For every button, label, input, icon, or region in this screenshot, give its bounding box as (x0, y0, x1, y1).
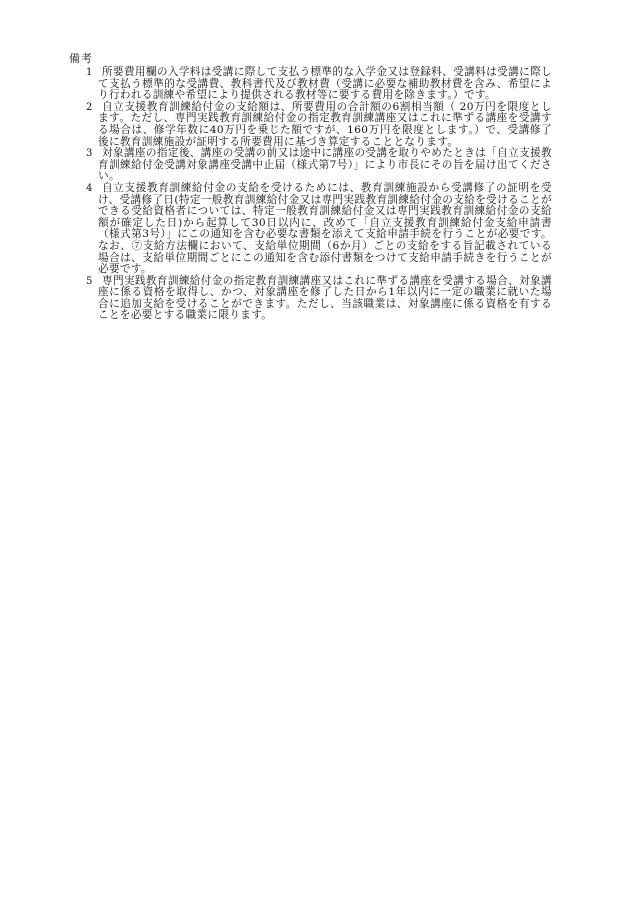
notes-title: 備考 (69, 52, 93, 65)
document-page: 備考 1 所要費用欄の入学料は受講に際して支払う標準的な入学金又は登録料、受講料… (0, 0, 630, 903)
note-item-2: 2 自立支援教育訓練給付金の支給額は、所要費用の合計額の6割相当額（ 20万円を… (86, 102, 552, 148)
note-number: 2 (86, 102, 96, 114)
note-number: 5 (86, 276, 96, 288)
note-number: 4 (86, 183, 96, 195)
note-text: 所要費用欄の入学料は受講に際して支払う標準的な入学金又は登録料、受講料は受講に際… (98, 67, 552, 102)
note-item-5: 5 専門実践教育訓練給付金の指定教育訓練講座又はこれに準ずる講座を受講する場合、… (86, 276, 552, 322)
note-text: 自立支援教育訓練給付金の支給額は、所要費用の合計額の6割相当額（ 20万円を限度… (98, 102, 552, 148)
note-item-4: 4 自立支援教育訓練給付金の支給を受けるためには、教育訓練施設から受講修了の証明… (86, 183, 552, 276)
note-item-1: 1 所要費用欄の入学料は受講に際して支払う標準的な入学金又は登録料、受講料は受講… (86, 67, 552, 102)
notes-list: 1 所要費用欄の入学料は受講に際して支払う標準的な入学金又は登録料、受講料は受講… (86, 67, 552, 322)
note-item-3: 3 対象講座の指定後、講座の受講の前又は途中に講座の受講を取りやめたときは「自立… (86, 148, 552, 183)
note-text: 専門実践教育訓練給付金の指定教育訓練講座又はこれに準ずる講座を受講する場合、対象… (98, 276, 552, 322)
note-number: 3 (86, 148, 96, 160)
note-text: 対象講座の指定後、講座の受講の前又は途中に講座の受講を取りやめたときは「自立支援… (98, 148, 552, 183)
note-text: 自立支援教育訓練給付金の支給を受けるためには、教育訓練施設から受講修了の証明を受… (98, 183, 552, 276)
note-number: 1 (86, 67, 96, 79)
